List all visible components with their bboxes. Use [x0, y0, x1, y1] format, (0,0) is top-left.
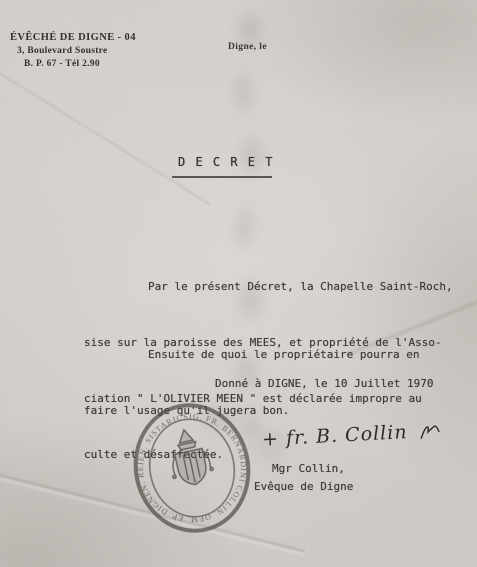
letterhead-diocese: ÉVÊCHÉ DE DIGNE - 04 [10, 31, 136, 45]
title-underline [172, 176, 272, 178]
letterhead-contact: B. P. 67 - Tél 2.90 [10, 58, 136, 72]
signatory-title: Evêque de Digne [254, 480, 353, 493]
body-line: Ensuite de quoi le propriétaire pourra e… [84, 346, 474, 365]
decree-document-page: ÉVÊCHÉ DE DIGNE - 04 3, Boulevard Soustr… [0, 0, 477, 567]
dateline: Digne, le [228, 42, 267, 52]
closing-date-place: Donné à DIGNE, le 10 Juillet 1970 [215, 377, 434, 390]
letterhead-address: 3, Boulevard Soustre [10, 45, 136, 59]
body-line: Par le présent Décret, la Chapelle Saint… [84, 278, 474, 297]
signature-flourish [418, 422, 441, 441]
letterhead: ÉVÊCHÉ DE DIGNE - 04 3, Boulevard Soustr… [10, 31, 136, 72]
seal-coat-of-arms [164, 426, 216, 489]
document-title: D E C R E T [178, 155, 274, 169]
signatory-name: Mgr Collin, [272, 462, 345, 475]
paper-crease [0, 53, 218, 216]
